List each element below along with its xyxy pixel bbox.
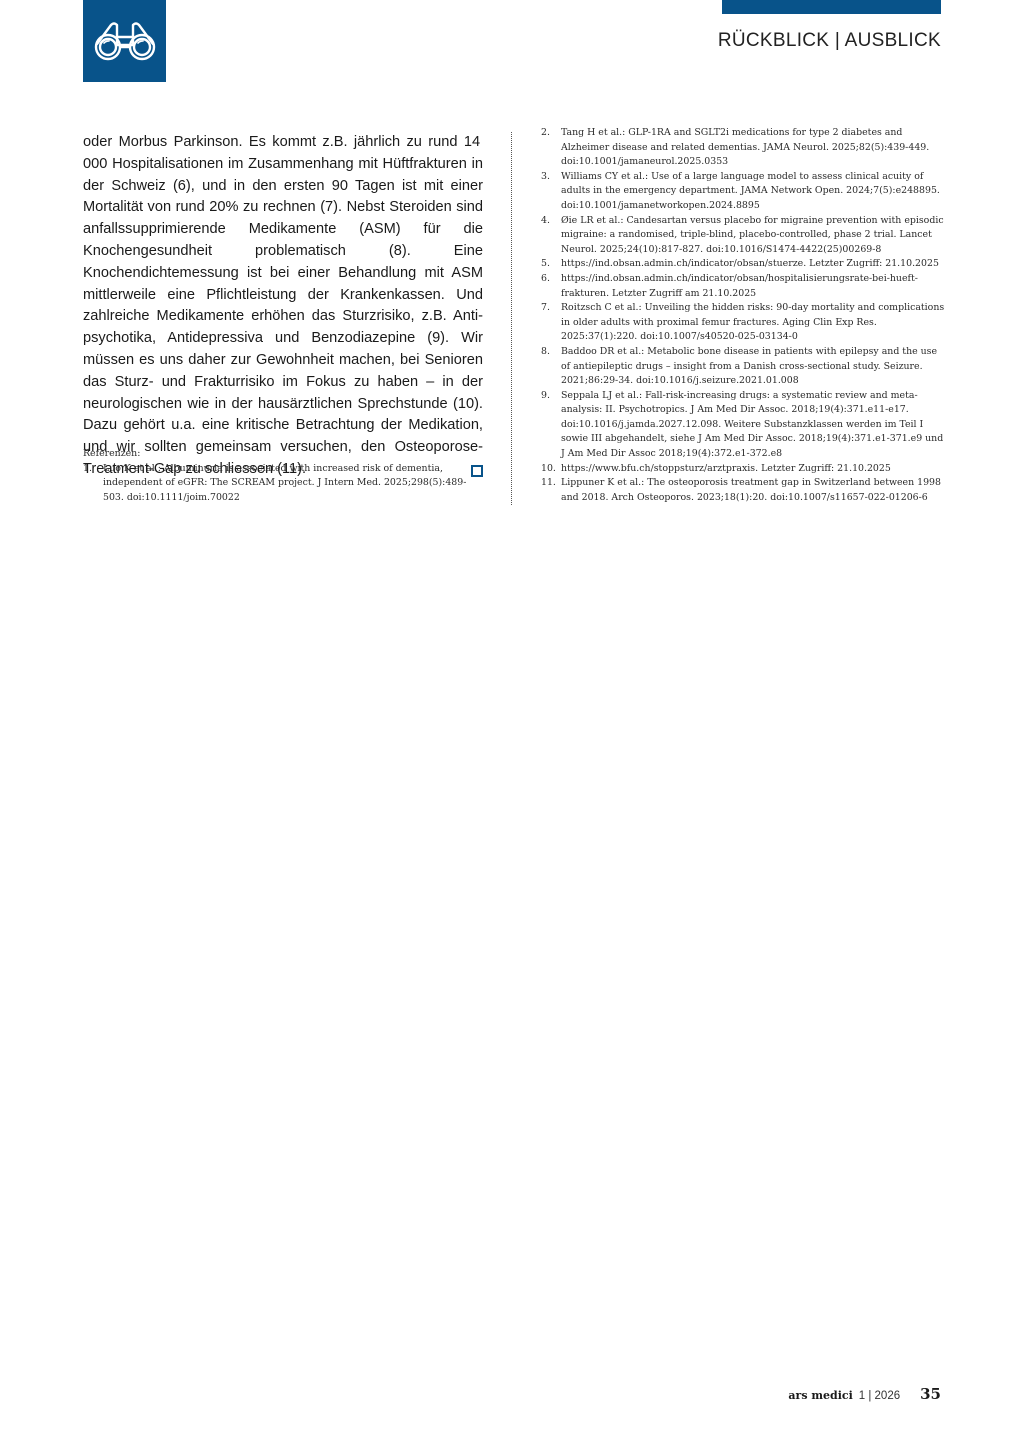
reference-list: 1. Luo K et al.: Albuminuria is associat… [83,462,483,506]
reference-number: 5. [541,257,561,272]
reference-item: 9. Seppala LJ et al.: Fall-risk-increasi… [541,389,946,462]
reference-text: Tang H et al.: GLP-1RA and SGLT2i medica… [561,126,946,170]
reference-text: Øie LR et al.: Candesartan versus placeb… [561,214,946,258]
header-accent-bar [722,0,941,14]
reference-item: 10. https://www.bfu.ch/stoppsturz/arztpr… [541,462,946,477]
reference-item: 11. Lippuner K et al.: The osteoporosis … [541,476,946,505]
reference-text: Luo K et al.: Albuminuria is associated … [103,462,483,506]
reference-item: 6. https://ind.obsan.admin.ch/indicator/… [541,272,946,301]
reference-number: 9. [541,389,561,462]
page-number: 35 [920,1385,941,1403]
reference-list: 2. Tang H et al.: GLP-1RA and SGLT2i med… [541,126,946,505]
page-footer: ars medici 1 | 2026 35 [788,1385,941,1403]
binoculars-icon [93,17,157,65]
reference-item: 8. Baddoo DR et al.: Metabolic bone dise… [541,345,946,389]
reference-text: Baddoo DR et al.: Metabolic bone disease… [561,345,946,389]
reference-number: 1. [83,462,103,506]
section-title: RÜCKBLICK | AUSBLICK [718,30,941,52]
reference-number: 6. [541,272,561,301]
reference-number: 2. [541,126,561,170]
reference-link[interactable]: https://www.bfu.ch/stoppsturz/arztpraxis… [561,462,946,477]
reference-number: 10. [541,462,561,477]
section-logo [83,0,166,82]
issue-number: 1 | 2026 [859,1390,900,1402]
reference-item: 1. Luo K et al.: Albuminuria is associat… [83,462,483,506]
references-left-column: Referenzen: 1. Luo K et al.: Albuminuria… [83,447,483,505]
reference-number: 8. [541,345,561,389]
reference-item: 3. Williams CY et al.: Use of a large la… [541,170,946,214]
reference-link[interactable]: https://ind.obsan.admin.ch/indicator/obs… [561,257,946,272]
references-heading: Referenzen: [83,447,483,462]
reference-item: 5. https://ind.obsan.admin.ch/indicator/… [541,257,946,272]
article-paragraph: oder Morbus Parkinson. Es kommt z.B. jäh… [83,134,483,477]
reference-text: Roitzsch C et al.: Unveiling the hidden … [561,301,946,345]
reference-number: 4. [541,214,561,258]
reference-item: 2. Tang H et al.: GLP-1RA and SGLT2i med… [541,126,946,170]
reference-number: 11. [541,476,561,505]
reference-link[interactable]: https://ind.obsan.admin.ch/indicator/obs… [561,272,946,301]
reference-item: 4. Øie LR et al.: Candesartan versus pla… [541,214,946,258]
article-body: oder Morbus Parkinson. Es kommt z.B. jäh… [83,132,483,481]
reference-item: 7. Roitzsch C et al.: Unveiling the hidd… [541,301,946,345]
column-divider [511,132,512,505]
references-right-column: 2. Tang H et al.: GLP-1RA and SGLT2i med… [541,126,946,505]
reference-text: Lippuner K et al.: The osteoporosis trea… [561,476,946,505]
journal-name: ars medici [788,1389,852,1402]
reference-number: 3. [541,170,561,214]
reference-number: 7. [541,301,561,345]
reference-text: Seppala LJ et al.: Fall-risk-increasing … [561,389,946,462]
reference-text: Williams CY et al.: Use of a large langu… [561,170,946,214]
